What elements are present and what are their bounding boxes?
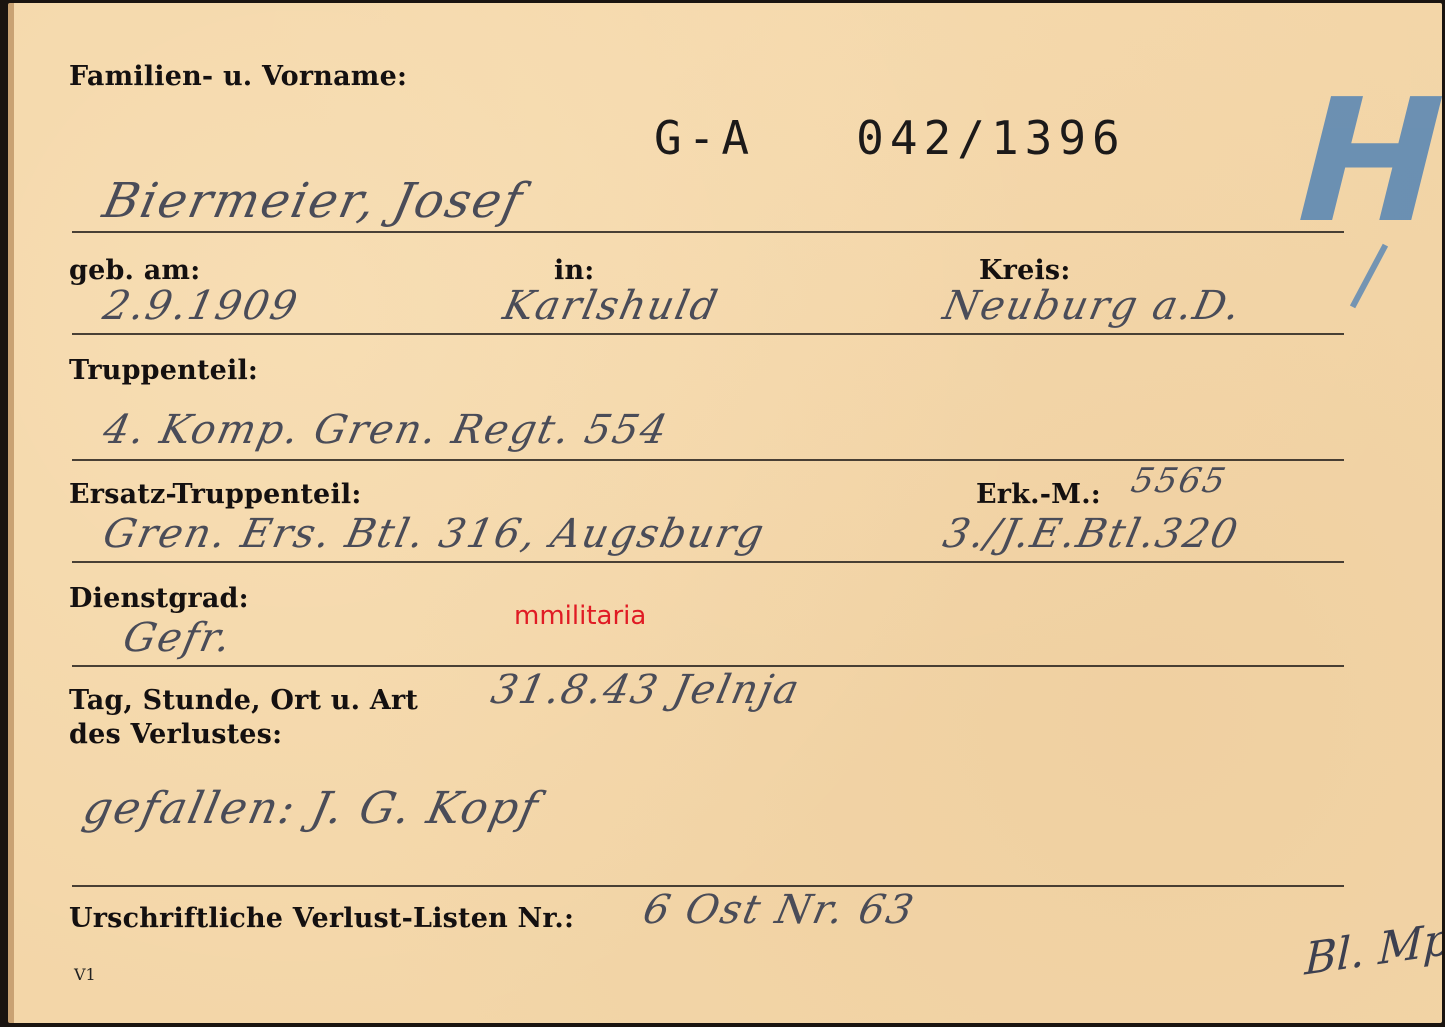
district-value: Neuburg a.D. (939, 283, 1246, 329)
rule-birth (72, 333, 1344, 335)
name-label: Familien- u. Vorname: (69, 61, 407, 92)
id-tag-unit-value: 3./J.E.Btl.320 (939, 511, 1243, 557)
name-value: Biermeier, Josef (98, 173, 529, 229)
birth-place-value: Karlshuld (499, 283, 723, 329)
watermark: mmilitaria (514, 601, 646, 631)
rule-name (72, 231, 1344, 233)
form-code: V1 (74, 965, 96, 984)
loss-type-value: gefallen: J. G. Kopf (79, 783, 544, 834)
loss-details-label-2: des Verlustes: (69, 719, 282, 750)
district-label: Kreis: (979, 255, 1071, 286)
unit-label: Truppenteil: (69, 355, 258, 386)
unit-value: 4. Komp. Gren. Regt. 554 (99, 407, 673, 453)
loss-list-value: 6 Ost Nr. 63 (639, 887, 919, 933)
handwritten-initials: Bl. Mp. (1304, 911, 1442, 985)
replacement-unit-value: Gren. Ers. Btl. 316, Augsburg (99, 511, 769, 557)
index-card: Familien- u. Vorname: G-A 042/1396 Bierm… (8, 3, 1442, 1023)
rank-value: Gefr. (119, 615, 237, 661)
loss-date-place-value: 31.8.43 Jelnja (487, 667, 805, 713)
loss-list-label: Urschriftliche Verlust-Listen Nr.: (69, 903, 574, 934)
id-tag-value: 5565 (1128, 461, 1231, 501)
rule-replacement (72, 561, 1344, 563)
blue-pencil-mark: H (1274, 63, 1442, 261)
birth-date-label: geb. am: (69, 255, 200, 286)
birth-place-label: in: (554, 255, 594, 286)
replacement-unit-label: Ersatz-Truppenteil: (69, 479, 362, 510)
reference-stamp: G-A 042/1396 (654, 111, 1126, 165)
rank-label: Dienstgrad: (69, 583, 249, 614)
birth-date-value: 2.9.1909 (99, 283, 303, 329)
id-tag-label: Erk.-M.: (976, 479, 1101, 510)
loss-details-label-1: Tag, Stunde, Ort u. Art (69, 685, 418, 716)
